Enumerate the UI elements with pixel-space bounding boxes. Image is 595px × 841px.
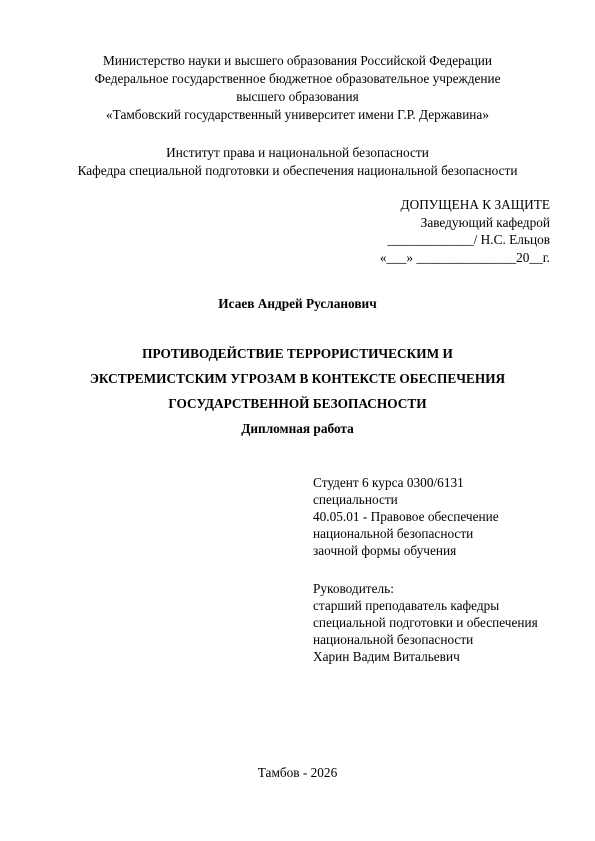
- university-name-line: «Тамбовский государственный университет …: [0, 106, 595, 124]
- supervisor-line: Харин Вадим Витальевич: [313, 648, 460, 666]
- approval-date: «___» _______________20__г.: [380, 249, 550, 267]
- education-level-line: высшего образования: [0, 88, 595, 106]
- approval-position: Заведующий кафедрой: [421, 214, 550, 232]
- supervisor-line: старший преподаватель кафедры: [313, 597, 499, 615]
- approval-title: ДОПУЩЕНА К ЗАЩИТЕ: [401, 196, 550, 214]
- supervisor-line: специальной подготовки и обеспечения: [313, 614, 538, 632]
- author-name: Исаев Андрей Русланович: [0, 295, 595, 313]
- student-line: заочной формы обучения: [313, 542, 456, 560]
- city-year: Тамбов - 2026: [0, 764, 595, 782]
- institute-line: Институт права и национальной безопаснос…: [0, 144, 595, 162]
- student-line: специальности: [313, 491, 398, 509]
- ministry-line: Министерство науки и высшего образования…: [0, 52, 595, 70]
- approval-signature: _____________/ Н.С. Ельцов: [387, 231, 550, 249]
- student-line: национальной безопасности: [313, 525, 473, 543]
- student-line: Студент 6 курса 0300/6131: [313, 474, 464, 492]
- university-type-line: Федеральное государственное бюджетное об…: [0, 70, 595, 88]
- thesis-title-line-2: ЭКСТРЕМИСТСКИМ УГРОЗАМ В КОНТЕКСТЕ ОБЕСП…: [0, 370, 595, 388]
- department-line: Кафедра специальной подготовки и обеспеч…: [0, 162, 595, 180]
- student-line: 40.05.01 - Правовое обеспечение: [313, 508, 499, 526]
- thesis-type: Дипломная работа: [0, 420, 595, 438]
- thesis-title-line-1: ПРОТИВОДЕЙСТВИЕ ТЕРРОРИСТИЧЕСКИМ И: [0, 345, 595, 363]
- supervisor-line: национальной безопасности: [313, 631, 473, 649]
- thesis-title-line-3: ГОСУДАРСТВЕННОЙ БЕЗОПАСНОСТИ: [0, 395, 595, 413]
- supervisor-line: Руководитель:: [313, 580, 394, 598]
